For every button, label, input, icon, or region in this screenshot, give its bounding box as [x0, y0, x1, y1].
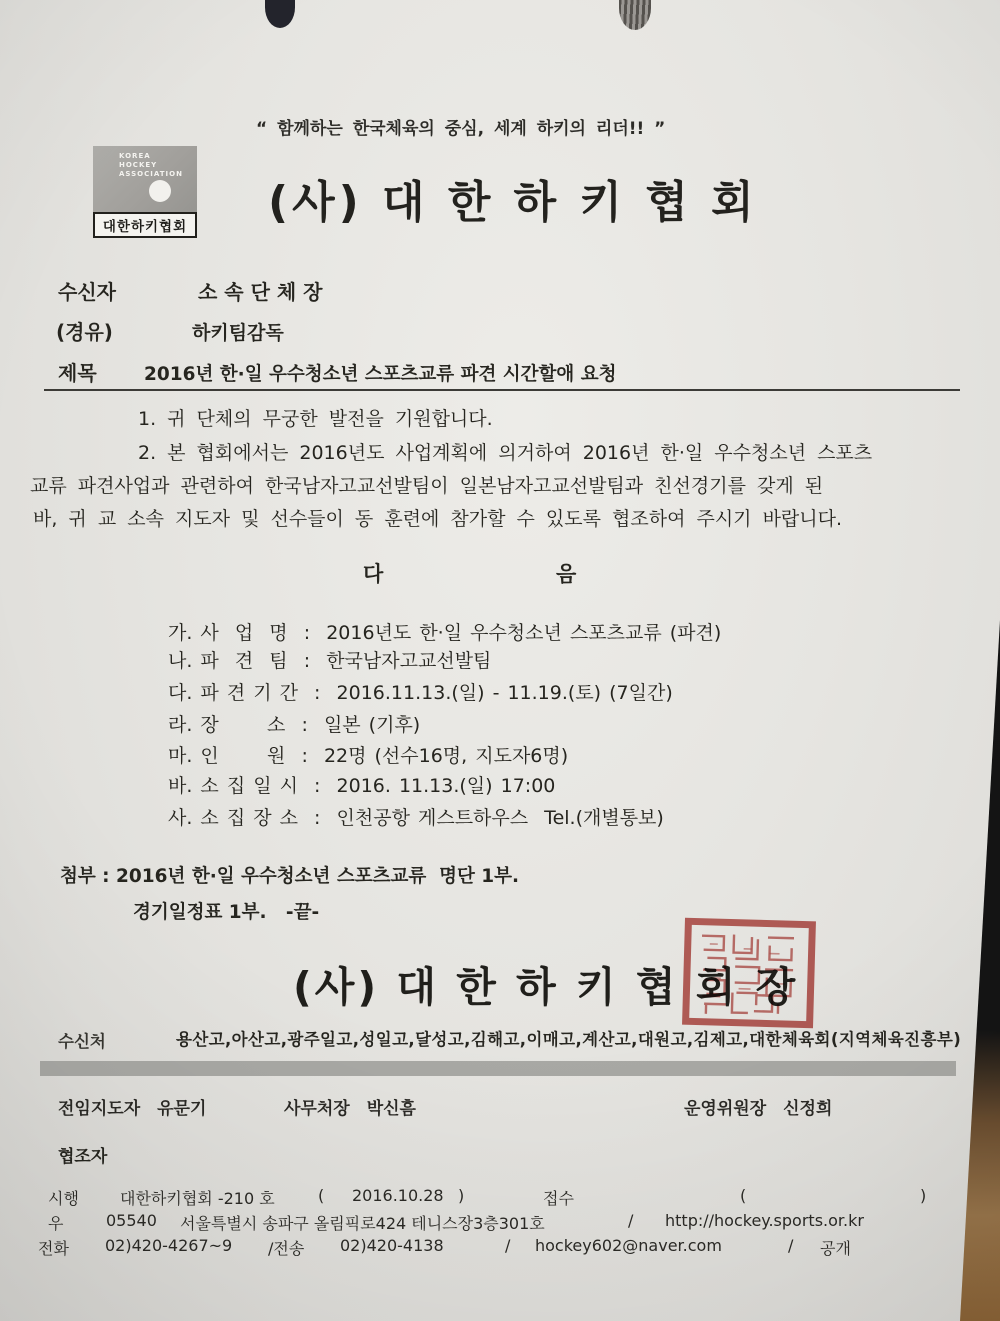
detail-item-meeting-time: 바. 소 집 일 시 : 2016. 11.13.(일) 17:00 — [168, 771, 555, 798]
daum-heading-left: 다 — [363, 558, 383, 588]
hockey-ball-icon — [149, 180, 171, 202]
body-paragraph-1: 1. 귀 단체의 무궁한 발전을 기원합니다. — [138, 404, 493, 431]
official-seal-stamp — [682, 917, 817, 1029]
organization-title: (사) 대 한 하 키 협 회 — [268, 166, 758, 230]
body-paragraph-2-line-1: 2. 본 협회에서는 2016년도 사업계획에 의거하여 2016년 한·일 우… — [138, 438, 872, 465]
footer-receipt-open: ( — [740, 1186, 746, 1205]
footer-slash: / — [505, 1236, 510, 1255]
attachment-line-1: 첨부 : 2016년 한·일 우수청소년 스포츠교류 명단 1부. — [60, 862, 519, 888]
detail-item-period: 다. 파 견 기 간 : 2016.11.13.(일) - 11.19.(토) … — [168, 678, 673, 705]
subject-divider-line — [44, 389, 960, 391]
recipients-list: 용산고,아산고,광주일고,성일고,달성고,김해고,이매고,계산고,대원고,김제고… — [176, 1026, 961, 1050]
via-value: 하키팀감독 — [192, 318, 284, 345]
detail-item-personnel: 마. 인 원 : 22명 (선수16명, 지도자6명) — [168, 741, 568, 768]
body-paragraph-2-line-2: 교류 파견사업과 관련하여 한국남자고교선발팀이 일본남자고교선발팀과 친선경기… — [30, 471, 823, 498]
footer-slash: / — [788, 1236, 793, 1255]
photo-of-document: { "colors": { "paper": "#e6e5e1", "text"… — [0, 0, 1000, 1321]
association-logo: KOREA HOCKEY ASSOCIATION 대한하키협회 — [93, 146, 197, 238]
footer-phone-number: 02)420-4267~9 — [105, 1236, 232, 1255]
footer-address: 서울특별시 송파구 올림픽로424 테니스장3층301호 — [180, 1211, 545, 1234]
footer-issue-label: 시행 — [48, 1186, 79, 1209]
detail-item-location: 라. 장 소 : 일본 (기후) — [168, 710, 420, 737]
official-senior-coach: 전임지도자 유문기 — [58, 1094, 206, 1119]
official-secretary-general: 사무처장 박신흠 — [284, 1094, 416, 1119]
recipient-value: 소 속 단 체 장 — [198, 276, 322, 305]
attachment-line-2: 경기일정표 1부. -끝- — [133, 898, 319, 924]
footer-zip-label: 우 — [48, 1211, 63, 1234]
logo-caption: 대한하키협회 — [93, 212, 197, 238]
detail-item-dispatch-team: 나. 파 견 팀 : 한국남자고교선발팀 — [168, 646, 491, 673]
footer-paren-open: ( — [318, 1186, 324, 1205]
footer-disclosure: 공개 — [820, 1236, 851, 1259]
footer-doc-number: 대한하키협회 -210 호 — [120, 1186, 275, 1209]
footer-fax-number: 02)420-4138 — [340, 1236, 444, 1255]
footer-receipt-label: 접수 — [543, 1186, 574, 1209]
footer-fax-label: /전송 — [268, 1236, 304, 1259]
hockey-stick-icon — [93, 146, 96, 212]
document-paper: “ 함께하는 한국체육의 중심, 세계 하키의 리더!! ” KOREA HOC… — [0, 0, 1000, 1321]
footer-email: hockey602@naver.com — [535, 1236, 722, 1255]
cooperator-label: 협조자 — [58, 1142, 107, 1167]
gray-divider-band — [40, 1061, 956, 1076]
official-name: 박신흠 — [367, 1099, 416, 1119]
body-paragraph-2-line-3: 바, 귀 교 소속 지도자 및 선수들이 동 훈련에 참가할 수 있도록 협조하… — [33, 504, 842, 531]
logo-emblem: KOREA HOCKEY ASSOCIATION — [93, 146, 197, 212]
logo-text: KOREA HOCKEY ASSOCIATION — [119, 152, 183, 179]
subject-label: 제목 — [58, 357, 97, 386]
footer-receipt-close: ) — [920, 1186, 926, 1205]
official-title: 전임지도자 — [58, 1099, 140, 1119]
header-slogan: “ 함께하는 한국체육의 중심, 세계 하키의 리더!! ” — [256, 114, 665, 139]
daum-heading-right: 음 — [556, 558, 576, 588]
official-title: 운영위원장 — [684, 1099, 766, 1119]
official-steering-chair: 운영위원장 신정희 — [684, 1094, 832, 1119]
footer-website-url: http://hockey.sports.or.kr — [665, 1211, 864, 1230]
footer-paren-close: ) — [458, 1186, 464, 1205]
footer-slash: / — [628, 1211, 633, 1230]
footer-issue-date: 2016.10.28 — [352, 1186, 444, 1205]
official-name: 유문기 — [157, 1099, 206, 1119]
detail-item-project-name: 가. 사 업 명 : 2016년도 한·일 우수청소년 스포츠교류 (파견) — [168, 618, 721, 645]
official-name: 신정희 — [783, 1099, 832, 1119]
recipients-label: 수신처 — [58, 1028, 106, 1052]
recipient-label: 수신자 — [58, 276, 116, 305]
footer-phone-label: 전화 — [38, 1236, 69, 1259]
official-title: 사무처장 — [284, 1099, 350, 1119]
via-label: (경유) — [56, 316, 113, 345]
subject-value: 2016년 한·일 우수청소년 스포츠교류 파견 시간할애 요청 — [144, 360, 616, 386]
detail-item-meeting-place: 사. 소 집 장 소 : 인천공항 게스트하우스 Tel.(개별통보) — [168, 803, 664, 830]
footer-zip-code: 05540 — [106, 1211, 157, 1230]
